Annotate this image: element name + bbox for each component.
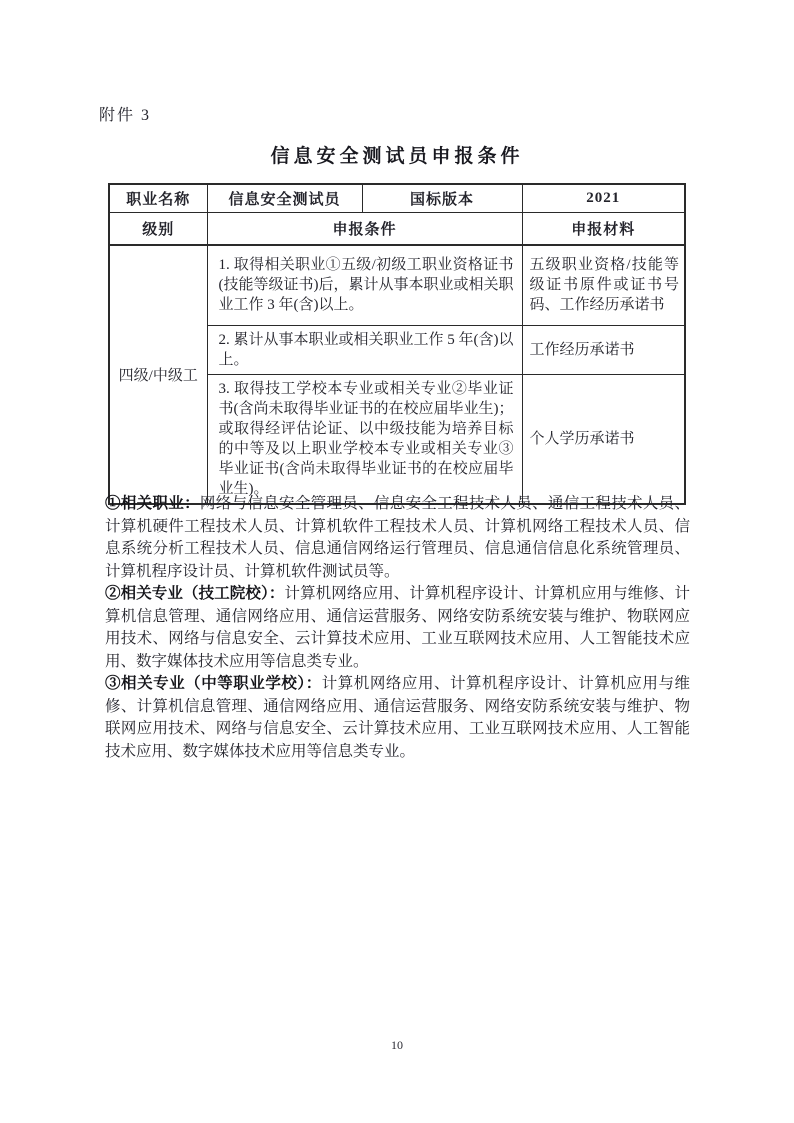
material-3-cell: 个人学历承诺书 <box>522 374 685 504</box>
application-conditions-table: 职业名称 信息安全测试员 国标版本 2021 级别 申报条件 申报材料 四级/中… <box>108 183 686 505</box>
table-row-occupation: 职业名称 信息安全测试员 国标版本 2021 <box>109 184 685 212</box>
attachment-label: 附件 3 <box>99 102 151 125</box>
level-value-cell: 四级/中级工 <box>109 245 207 504</box>
materials-header-cell: 申报材料 <box>522 212 685 245</box>
material-2-cell: 工作经历承诺书 <box>522 325 685 374</box>
standard-version-value-cell: 2021 <box>522 184 685 212</box>
document-page: 附件 3 信息安全测试员申报条件 职业名称 信息安全测试员 国标版本 2021 … <box>0 0 794 1123</box>
page-number: 10 <box>0 1038 794 1053</box>
footnote-3-label: ③相关专业（中等职业学校）： <box>105 675 322 692</box>
condition-1-cell: 1. 取得相关职业①五级/初级工职业资格证书(技能等级证书)后，累计从事本职业或… <box>207 245 522 325</box>
occupation-name-value-cell: 信息安全测试员 <box>207 184 362 212</box>
table-row-column-headers: 级别 申报条件 申报材料 <box>109 212 685 245</box>
standard-version-label-cell: 国标版本 <box>362 184 522 212</box>
table-row-condition-1: 四级/中级工 1. 取得相关职业①五级/初级工职业资格证书(技能等级证书)后，累… <box>109 245 685 325</box>
condition-3-cell: 3. 取得技工学校本专业或相关专业②毕业证书(含尚未取得毕业证书的在校应届毕业生… <box>207 374 522 504</box>
footnotes-block: ①相关职业：网络与信息安全管理员、信息安全工程技术人员、通信工程技术人员、计算机… <box>105 493 690 763</box>
occupation-name-label-cell: 职业名称 <box>109 184 207 212</box>
conditions-header-cell: 申报条件 <box>207 212 522 245</box>
footnote-related-majors-secondary: ③相关专业（中等职业学校）：计算机网络应用、计算机程序设计、计算机应用与维修、计… <box>105 673 690 763</box>
document-title: 信息安全测试员申报条件 <box>0 141 794 168</box>
material-1-cell: 五级职业资格/技能等级证书原件或证书号码、工作经历承诺书 <box>522 245 685 325</box>
footnote-related-occupations: ①相关职业：网络与信息安全管理员、信息安全工程技术人员、通信工程技术人员、计算机… <box>105 493 690 583</box>
level-header-cell: 级别 <box>109 212 207 245</box>
footnote-1-label: ①相关职业： <box>105 495 200 512</box>
footnote-2-label: ②相关专业（技工院校）： <box>105 585 284 602</box>
condition-2-cell: 2. 累计从事本职业或相关职业工作 5 年(含)以上。 <box>207 325 522 374</box>
footnote-related-majors-technical: ②相关专业（技工院校）：计算机网络应用、计算机程序设计、计算机应用与维修、计算机… <box>105 583 690 673</box>
